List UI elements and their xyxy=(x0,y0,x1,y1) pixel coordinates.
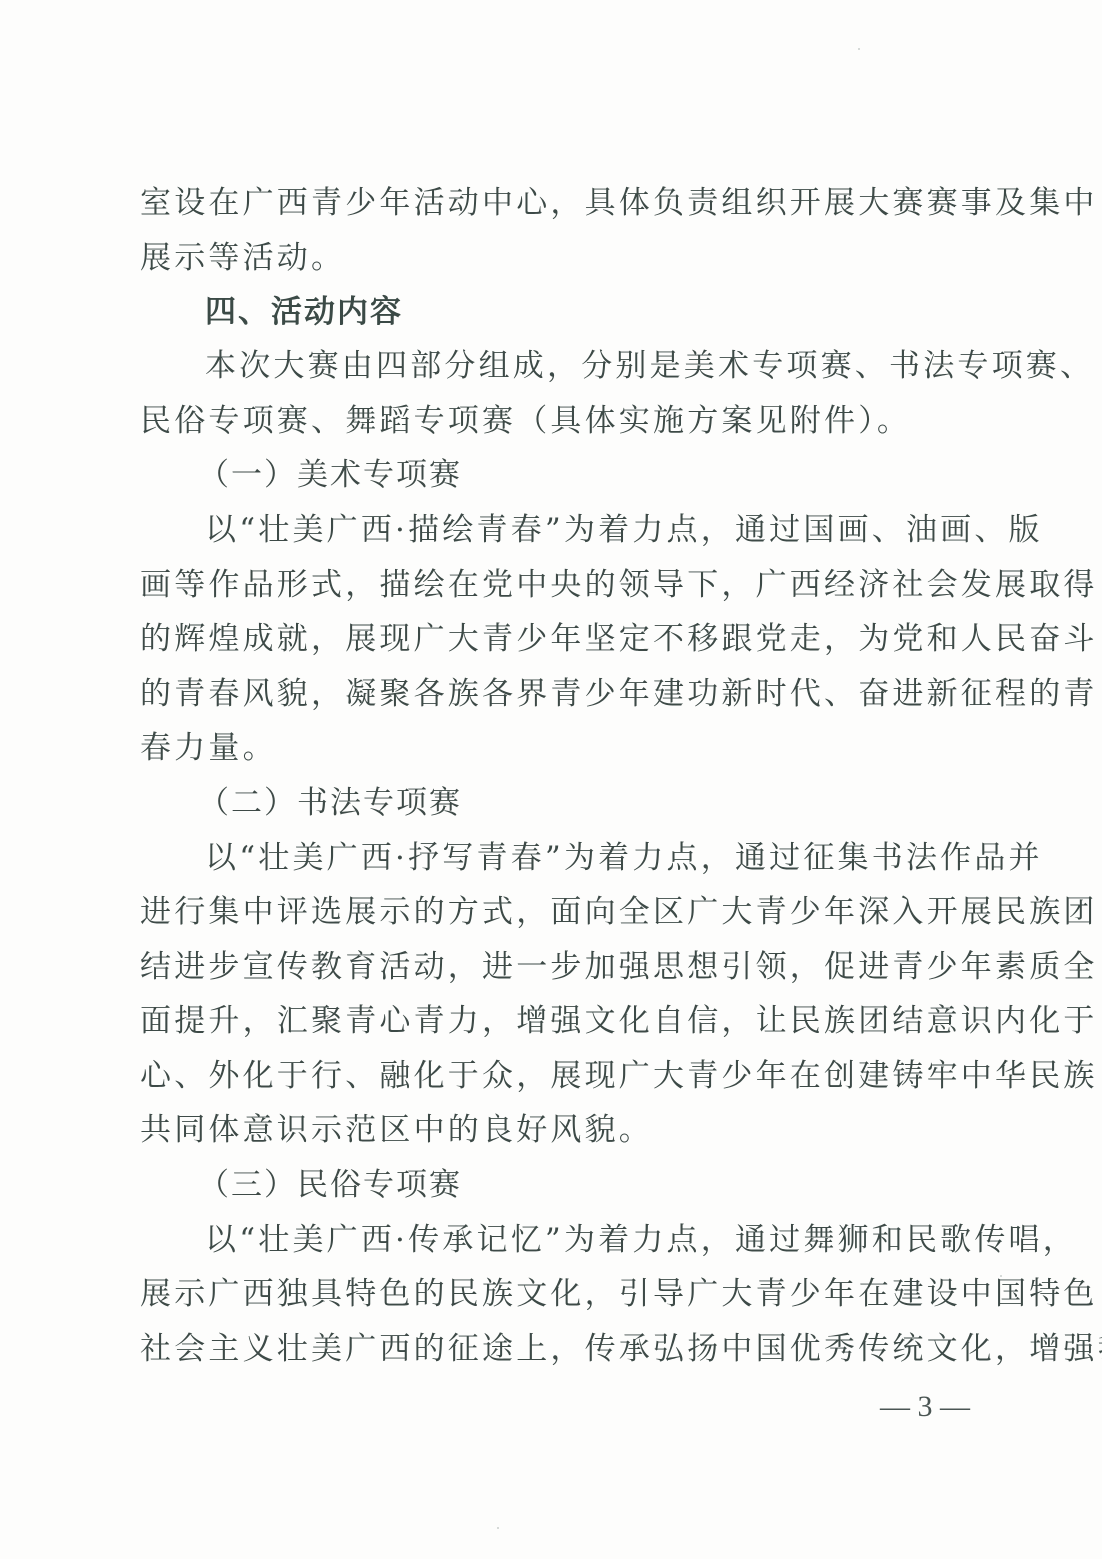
page-number: — 3 — xyxy=(880,1387,980,1427)
scan-speck xyxy=(1000,1275,1002,1277)
paragraph-line: 春力量。 xyxy=(140,728,980,768)
paragraph-line: 展示广西独具特色的民族文化，引导广大青少年在建设中国特色 xyxy=(140,1274,980,1314)
paragraph-line: 以“壮美广西·描绘青春”为着力点，通过国画、油画、版 xyxy=(205,510,1045,550)
paragraph-line: 的辉煌成就，展现广大青少年坚定不移跟党走，为党和人民奋斗 xyxy=(140,619,980,659)
paragraph-line: 画等作品形式，描绘在党中央的领导下，广西经济社会发展取得 xyxy=(140,565,980,605)
paragraph-line: 共同体意识示范区中的良好风貌。 xyxy=(140,1110,980,1150)
paragraph-line: 以“壮美广西·抒写青春”为着力点，通过征集书法作品并 xyxy=(205,838,1045,878)
scan-speck xyxy=(497,1527,499,1529)
paragraph-line: 社会主义壮美广西的征途上，传承弘扬中国优秀传统文化，增强我 xyxy=(140,1329,980,1369)
paragraph-line: 进行集中评选展示的方式，面向全区广大青少年深入开展民族团 xyxy=(140,892,980,932)
paragraph-line: 以“壮美广西·传承记忆”为着力点，通过舞狮和民歌传唱， xyxy=(205,1220,1045,1260)
paragraph-line: 室设在广西青少年活动中心，具体负责组织开展大赛赛事及集中 xyxy=(140,183,980,223)
document-page: 室设在广西青少年活动中心，具体负责组织开展大赛赛事及集中 展示等活动。 四、活动… xyxy=(0,0,1102,1559)
paragraph-line: 结进步宣传教育活动，进一步加强思想引领，促进青少年素质全 xyxy=(140,947,980,987)
paragraph-line: 民俗专项赛、舞蹈专项赛（具体实施方案见附件）。 xyxy=(140,401,980,441)
subsection-heading-calligraphy: （二）书法专项赛 xyxy=(198,783,1038,823)
subsection-heading-art: （一）美术专项赛 xyxy=(198,455,1038,495)
section-heading: 四、活动内容 xyxy=(205,292,1045,332)
subsection-heading-folk: （三）民俗专项赛 xyxy=(198,1165,1038,1205)
paragraph-line: 的青春风貌，凝聚各族各界青少年建功新时代、奋进新征程的青 xyxy=(140,674,980,714)
scan-speck xyxy=(858,48,860,50)
paragraph-line: 心、外化于行、融化于众，展现广大青少年在创建铸牢中华民族 xyxy=(140,1056,980,1096)
paragraph-line: 本次大赛由四部分组成，分别是美术专项赛、书法专项赛、 xyxy=(205,346,1045,386)
paragraph-line: 面提升，汇聚青心青力，增强文化自信，让民族团结意识内化于 xyxy=(140,1001,980,1041)
paragraph-line: 展示等活动。 xyxy=(140,238,980,278)
